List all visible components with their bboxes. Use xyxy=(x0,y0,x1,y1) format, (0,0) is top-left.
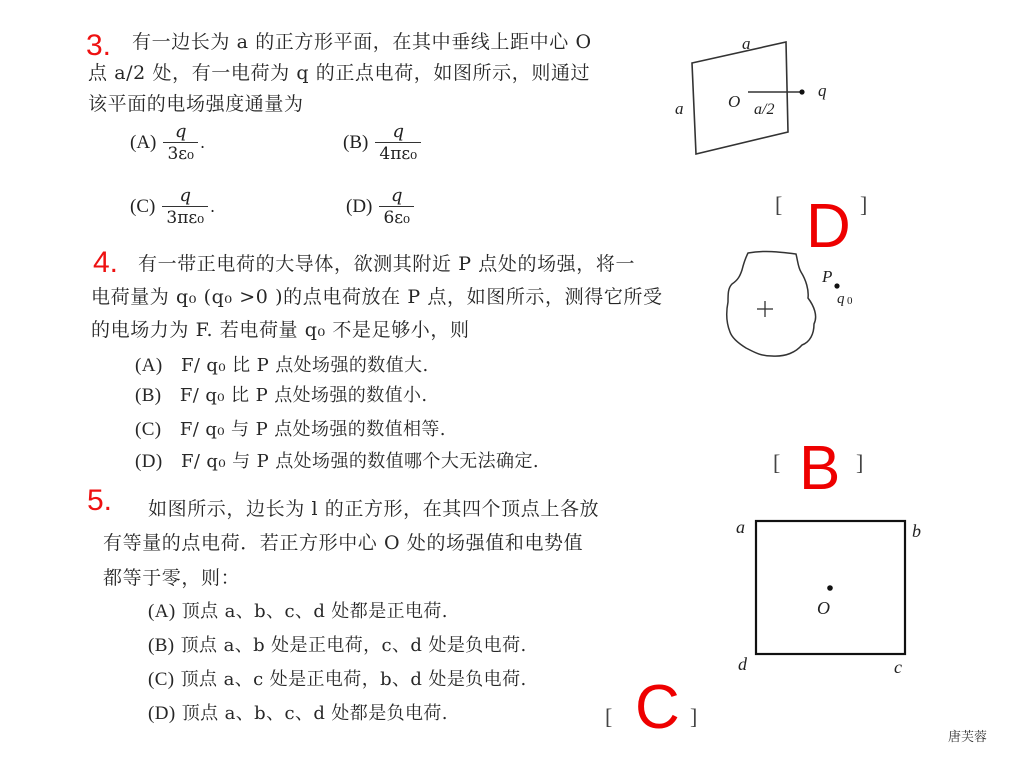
numerator: q xyxy=(388,122,408,142)
q5-option-b: (B) 顶点 a、b 处是正电荷，c、d 处是负电荷. xyxy=(148,637,527,655)
q3-option-a-fraction: q 3ε₀ xyxy=(163,122,197,165)
q4-option-c-label: (C) xyxy=(135,419,162,440)
q3-option-c-label: (C) xyxy=(130,196,155,217)
q3-option-d: (D) q 6ε₀ xyxy=(346,186,416,229)
q5-option-c-label: (C) xyxy=(148,669,175,690)
q5-option-b-label: (B) xyxy=(148,635,175,656)
svg-text:O: O xyxy=(728,92,740,111)
q3-option-a-label: (A) xyxy=(130,132,156,153)
q4-option-d: (D) F/ q₀ 与 P 点处场强的数值哪个大无法确定. xyxy=(135,453,539,471)
q5-option-d-text: 顶点 a、b、c、d 处都是负电荷. xyxy=(182,703,448,724)
svg-text:q: q xyxy=(818,81,827,100)
q4-option-c-text: F/ q₀ 与 P 点处场强的数值相等. xyxy=(180,419,446,440)
q3-option-b-label: (B) xyxy=(343,132,368,153)
q3-option-b-fraction: q 4πε₀ xyxy=(375,122,421,165)
q4-stem-line-3: 的电场力为 F. 若电荷量 q₀ 不是足够小，则 xyxy=(91,321,470,340)
q5-stem-line-1: 如图所示，边长为 l 的正方形，在其四个顶点上各放 xyxy=(148,500,599,519)
q5-bracket-right: ] xyxy=(690,706,697,728)
q4-figure-conductor: P q 0 xyxy=(710,240,880,370)
q3-bracket-right: ] xyxy=(860,194,867,216)
q3-stem-line-3: 该平面的电场强度通量为 xyxy=(88,95,304,114)
q3-bracket-left: [ xyxy=(775,194,782,216)
q3-option-a-suffix: . xyxy=(200,133,205,152)
svg-text:0: 0 xyxy=(847,295,853,307)
q5-option-a-text: 顶点 a、b、c、d 处都是正电荷. xyxy=(182,601,448,622)
numerator: q xyxy=(171,122,191,142)
denominator: 3ε₀ xyxy=(163,142,197,165)
svg-text:q: q xyxy=(837,291,845,307)
svg-text:P: P xyxy=(821,267,832,286)
svg-text:a: a xyxy=(742,34,751,53)
svg-text:a/2: a/2 xyxy=(754,101,774,118)
q4-bracket-left: [ xyxy=(773,452,780,474)
author-credit: 唐芙蓉 xyxy=(948,726,987,745)
question-number-5: 5. xyxy=(87,486,112,516)
q4-option-c: (C) F/ q₀ 与 P 点处场强的数值相等. xyxy=(135,421,446,439)
q3-option-c-fraction: q 3πε₀ xyxy=(162,186,208,229)
q4-option-b-text: F/ q₀ 比 P 点处场强的数值小. xyxy=(180,385,428,406)
svg-text:a: a xyxy=(736,517,745,537)
question-number-4: 4. xyxy=(93,248,118,278)
svg-text:a: a xyxy=(675,99,684,118)
q5-option-c: (C) 顶点 a、c 处是正电荷，b、d 处是负电荷. xyxy=(148,671,527,689)
q5-option-c-text: 顶点 a、c 处是正电荷，b、d 处是负电荷. xyxy=(181,669,527,690)
q3-option-d-fraction: q 6ε₀ xyxy=(379,186,413,229)
q3-option-b: (B) q 4πε₀ xyxy=(343,122,423,165)
q3-figure-square-plane: a a O a/2 q xyxy=(660,30,860,170)
q4-stem-line-2: 电荷量为 q₀ (q₀ >0 )的点电荷放在 P 点，如图所示，测得它所受 xyxy=(91,288,663,307)
q4-option-d-text: F/ q₀ 与 P 点处场强的数值哪个大无法确定. xyxy=(181,451,539,472)
q5-option-a-label: (A) xyxy=(148,601,176,622)
q3-option-a: (A) q 3ε₀ . xyxy=(130,122,205,165)
q5-figure-square: a b c d O xyxy=(720,500,940,690)
q5-option-a: (A) 顶点 a、b、c、d 处都是正电荷. xyxy=(148,603,448,621)
q5-option-d-label: (D) xyxy=(148,703,176,724)
q3-option-d-label: (D) xyxy=(346,196,372,217)
q3-option-c-suffix: . xyxy=(210,197,215,216)
q4-answer: B xyxy=(799,438,840,500)
q5-option-b-text: 顶点 a、b 处是正电荷，c、d 处是负电荷. xyxy=(181,635,527,656)
svg-text:c: c xyxy=(894,657,902,677)
denominator: 3πε₀ xyxy=(162,206,208,229)
svg-text:b: b xyxy=(912,521,921,541)
q3-stem-line-1: 有一边长为 a 的正方形平面，在其中垂线上距中心 O xyxy=(132,33,592,52)
q4-option-a-label: (A) xyxy=(135,355,163,376)
q5-answer: C xyxy=(635,677,680,739)
denominator: 4πε₀ xyxy=(375,142,421,165)
question-number-3: 3. xyxy=(86,31,111,61)
q4-option-a-text: F/ q₀ 比 P 点处场强的数值大. xyxy=(181,355,429,376)
q5-stem-line-2: 有等量的点电荷．若正方形中心 O 处的场强值和电势值 xyxy=(103,534,583,553)
q4-stem-line-1: 有一带正电荷的大导体，欲测其附近 P 点处的场强，将一 xyxy=(138,255,635,274)
q4-option-b: (B) F/ q₀ 比 P 点处场强的数值小. xyxy=(135,387,428,405)
q4-bracket-right: ] xyxy=(856,452,863,474)
q4-option-a: (A) F/ q₀ 比 P 点处场强的数值大. xyxy=(135,357,429,375)
svg-text:d: d xyxy=(738,654,748,674)
denominator: 6ε₀ xyxy=(379,206,413,229)
numerator: q xyxy=(175,186,195,206)
numerator: q xyxy=(387,186,407,206)
q3-option-c: (C) q 3πε₀ . xyxy=(130,186,215,229)
q4-option-d-label: (D) xyxy=(135,451,163,472)
svg-text:O: O xyxy=(817,598,830,618)
q4-option-b-label: (B) xyxy=(135,385,162,406)
q5-stem-line-3: 都等于零，则： xyxy=(103,569,240,588)
q3-stem-line-2: 点 a/2 处，有一电荷为 q 的正点电荷，如图所示，则通过 xyxy=(88,64,590,83)
q5-bracket-left: [ xyxy=(605,706,612,728)
q5-option-d: (D) 顶点 a、b、c、d 处都是负电荷. xyxy=(148,705,448,723)
